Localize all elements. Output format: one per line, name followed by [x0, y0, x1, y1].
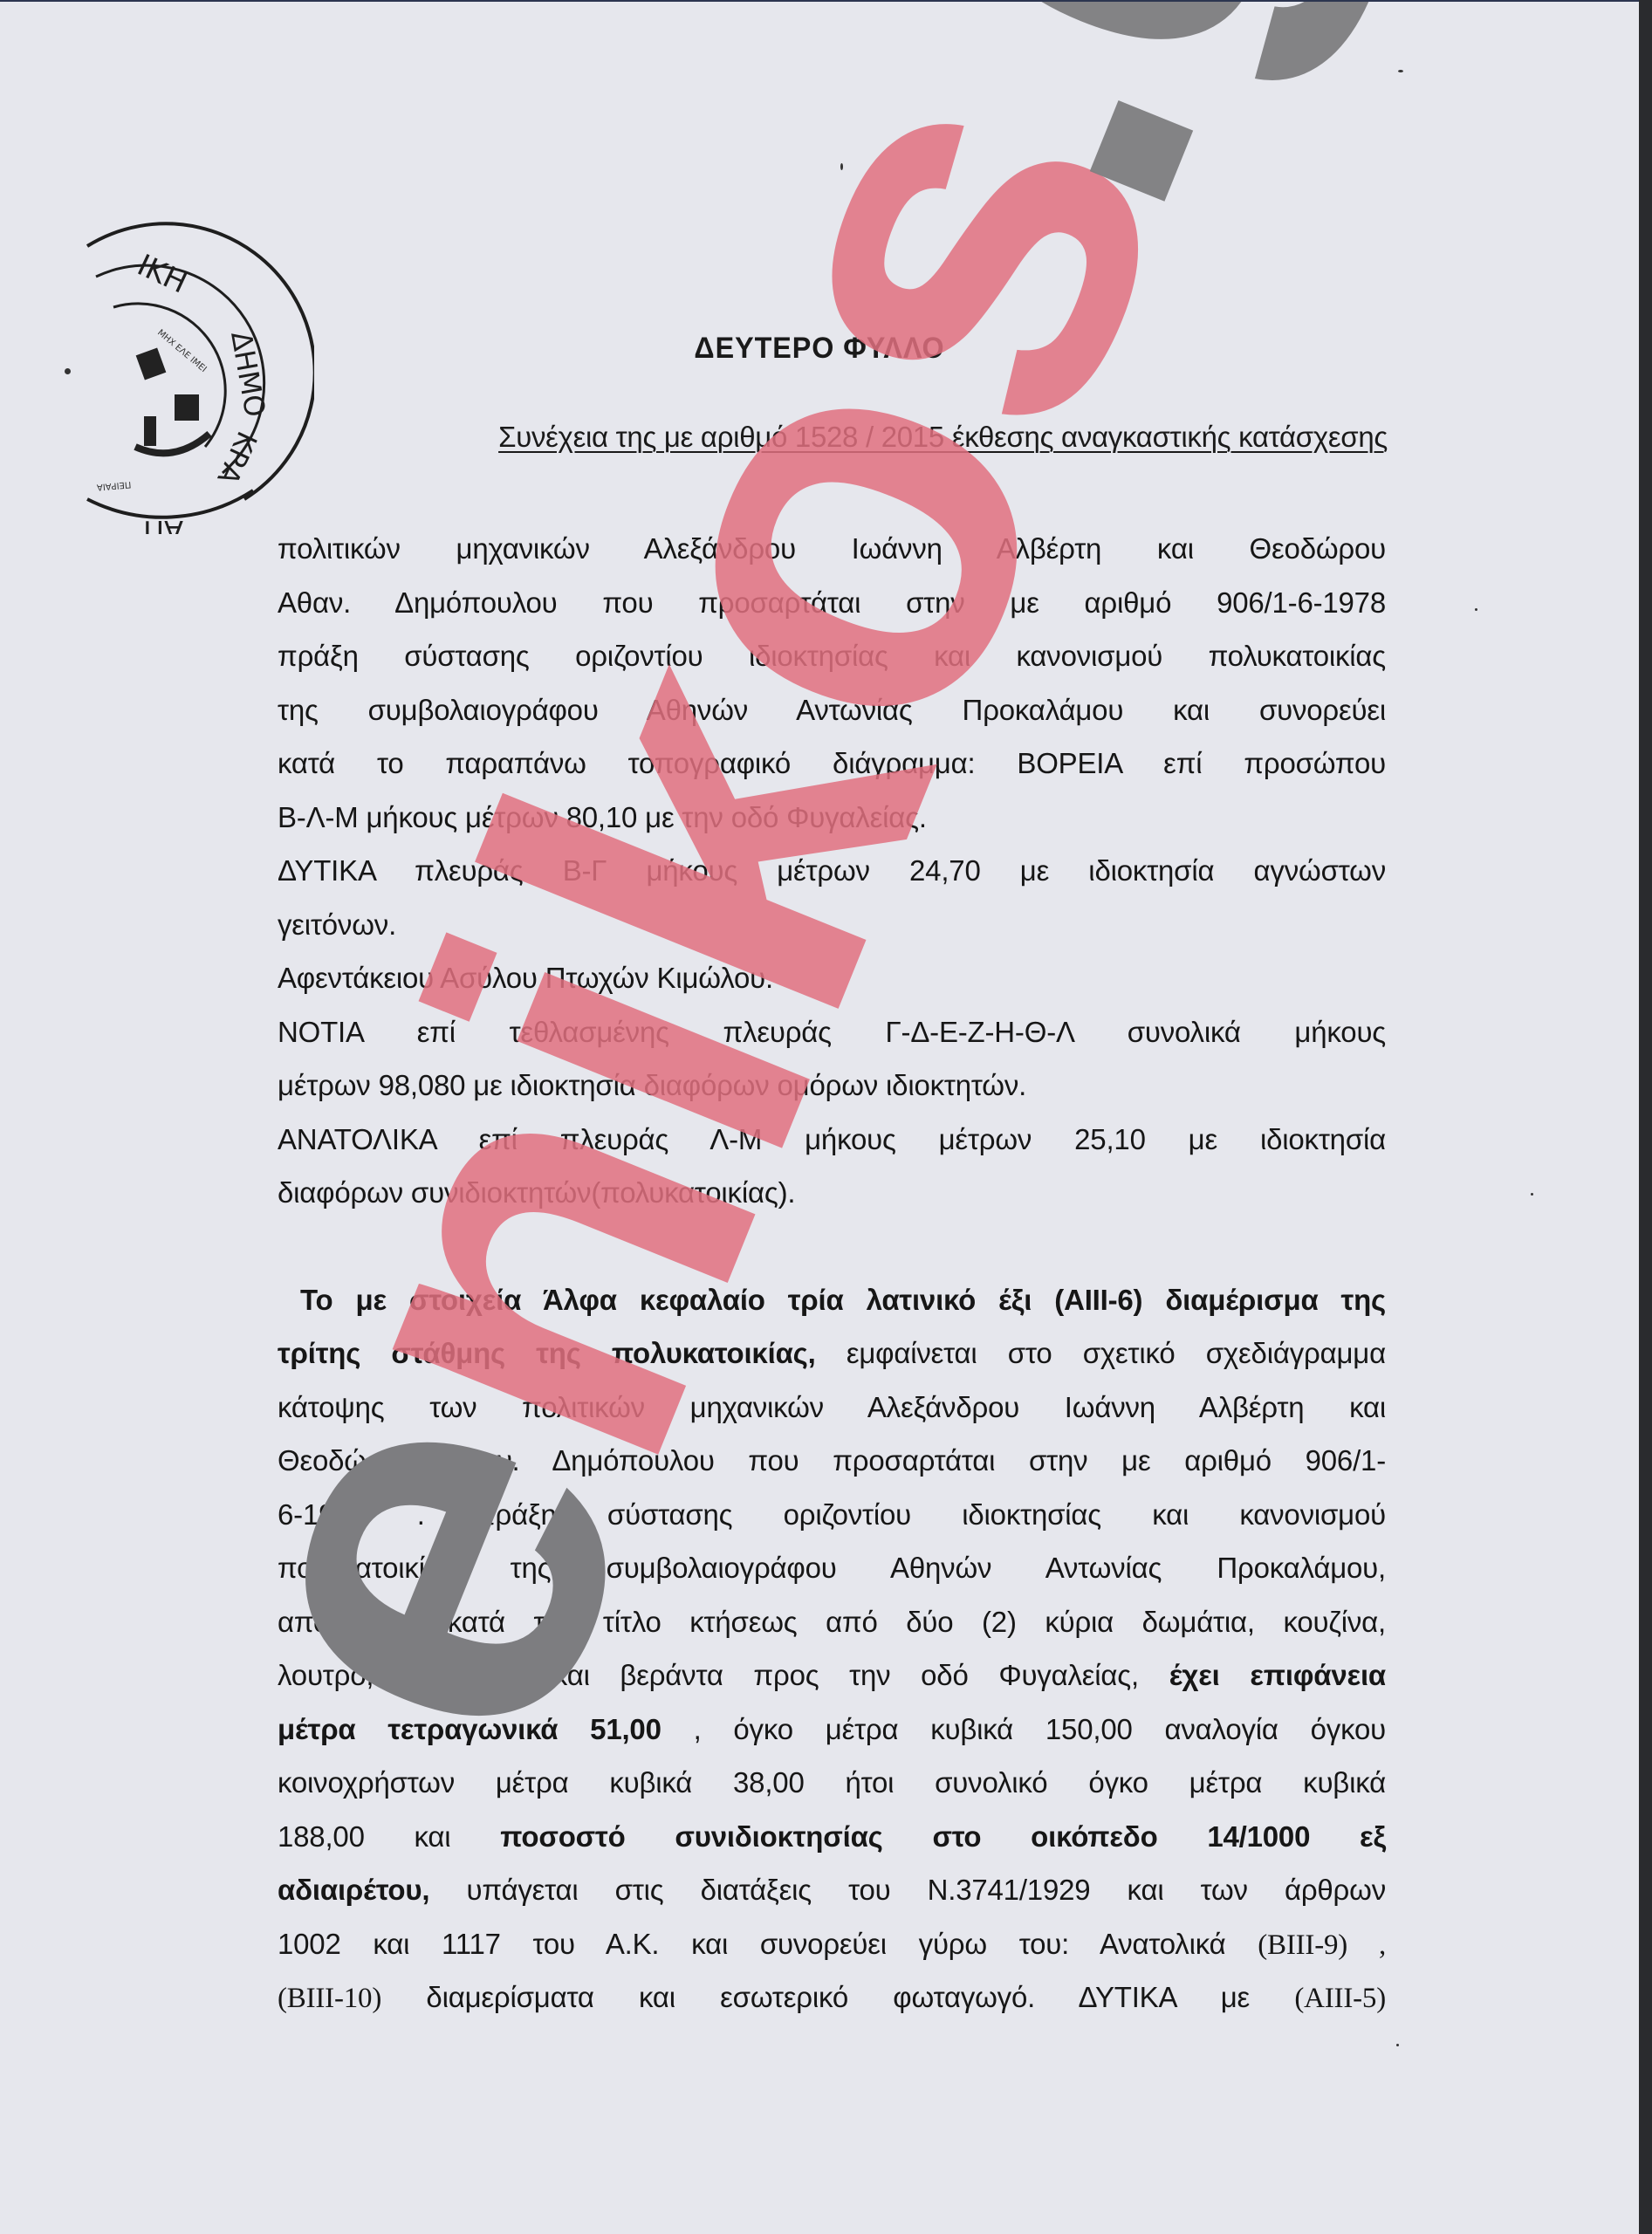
- text-line: πράξη σύστασης οριζοντίου ιδιοκτησίας κα…: [278, 629, 1386, 683]
- text-line: γειτόνων.: [278, 898, 1386, 952]
- text-line: 6-1978 . πράξη σύστασης οριζοντίου ιδιοκ…: [278, 1488, 1386, 1542]
- text-line: ΔΥΤΙΚΑ πλευράς Β-Γ μήκους μέτρων 24,70 μ…: [278, 844, 1386, 898]
- apartment-heading-line: Το με στοιχεία Άλφα κεφαλαίο τρία λατινι…: [278, 1273, 1386, 1327]
- text-line: Αφεντάκειου Ασύλου Πτωχών Κιμώλου.: [278, 951, 1386, 1005]
- document-body: πολιτικών μηχανικών Αλεξάνδρου Ιωάννη Αλ…: [278, 522, 1386, 2025]
- scanned-page: ΙΚΗ ΔΗΜΟ ΚΡΑ ΑΙΤ ΜΗΧ ΕΛΕ ΙΜΕΙ ΠΕΙΡΑΙΑ ΔΕ…: [0, 0, 1639, 2234]
- text-line: 188,00 και ποσοστό συνιδιοκτησίας στο οι…: [278, 1810, 1386, 1864]
- scan-speck: [1531, 1193, 1533, 1196]
- scan-speck: [1396, 2044, 1399, 2046]
- scan-speck: [840, 163, 843, 170]
- text-line: Β-Λ-Μ μήκους μέτρων 80,10 με την οδό Φυγ…: [278, 791, 1386, 845]
- text-line: πολυκατοικίας της συμβολαιογράφου Αθηνών…: [278, 1541, 1386, 1595]
- text-line: μέτρων 98,080 με ιδιοκτησία διαφόρων ομό…: [278, 1059, 1386, 1113]
- text-line: λουτρό, διάδρομο και βεράντα προς την οδ…: [278, 1648, 1386, 1703]
- text-line: ΑΝΑΤΟΛΙΚΑ επί πλευράς Λ-Μ μήκους μέτρων …: [278, 1113, 1386, 1167]
- text-line: αδιαιρέτου, υπάγεται στις διατάξεις του …: [278, 1863, 1386, 1917]
- text-line: αποτελείται κατά τον τίτλο κτήσεως από δ…: [278, 1595, 1386, 1649]
- scan-speck: [1475, 608, 1477, 611]
- text-line: πολιτικών μηχανικών Αλεξάνδρου Ιωάννη Αλ…: [278, 522, 1386, 576]
- svg-text:ΠΕΙΡΑΙΑ: ΠΕΙΡΑΙΑ: [96, 479, 131, 491]
- text-line: μέτρα τετραγωνικά 51,00 , όγκο μέτρα κυβ…: [278, 1703, 1386, 1757]
- svg-text:ΚΡΑ: ΚΡΑ: [210, 427, 264, 490]
- text-line: 1002 και 1117 του Α.Κ. και συνορεύει γύρ…: [278, 1917, 1386, 1971]
- text-line: (BIII-10) διαμερίσματα και εσωτερικό φωτ…: [278, 1970, 1386, 2025]
- text-line: τρίτης στάθμης της πολυκατοικίας, εμφαίν…: [278, 1326, 1386, 1381]
- text-line: κοινοχρήστων μέτρα κυβικά 38,00 ήτοι συν…: [278, 1756, 1386, 1810]
- svg-text:.gr: .gr: [697, 2, 1519, 280]
- scanner-edge: [1639, 0, 1652, 2234]
- official-stamp-icon: ΙΚΗ ΔΗΜΟ ΚΡΑ ΑΙΤ ΜΗΧ ΕΛΕ ΙΜΕΙ ΠΕΙΡΑΙΑ: [52, 211, 314, 534]
- text-line: διαφόρων συνιδιοκτητών(πολυκατοικίας).: [278, 1166, 1386, 1220]
- text-line: ΝΟΤΙΑ επί τεθλασμένης πλευράς Γ-Δ-Ε-Ζ-Η-…: [278, 1005, 1386, 1059]
- svg-text:ΑΙΤ: ΑΙΤ: [139, 514, 183, 534]
- page-title: ΔΕΥΤΕΡΟ ΦΥΛΛΟ: [41, 332, 1598, 366]
- text-line: κάτοψης των πολιτικών μηχανικών Αλεξάνδρ…: [278, 1381, 1386, 1435]
- text-line: Θεοδώρου Αθαν. Δημόπουλου που προσαρτάτα…: [278, 1434, 1386, 1488]
- text-line: κατά το παραπάνω τοπογραφικό διάγραμμα: …: [278, 737, 1386, 791]
- svg-text:ΙΚΗ: ΙΚΗ: [132, 248, 192, 301]
- report-subtitle: Συνέχεια της με αριθμό 1528 / 2015 έκθεσ…: [288, 421, 1388, 454]
- text-line: της συμβολαιογράφου Αθηνών Αντωνίας Προκ…: [278, 683, 1386, 737]
- text-line: Αθαν. Δημόπουλου που προσαρτάται στην με…: [278, 576, 1386, 630]
- scan-speck: [1398, 70, 1403, 72]
- scan-speck: [65, 368, 71, 374]
